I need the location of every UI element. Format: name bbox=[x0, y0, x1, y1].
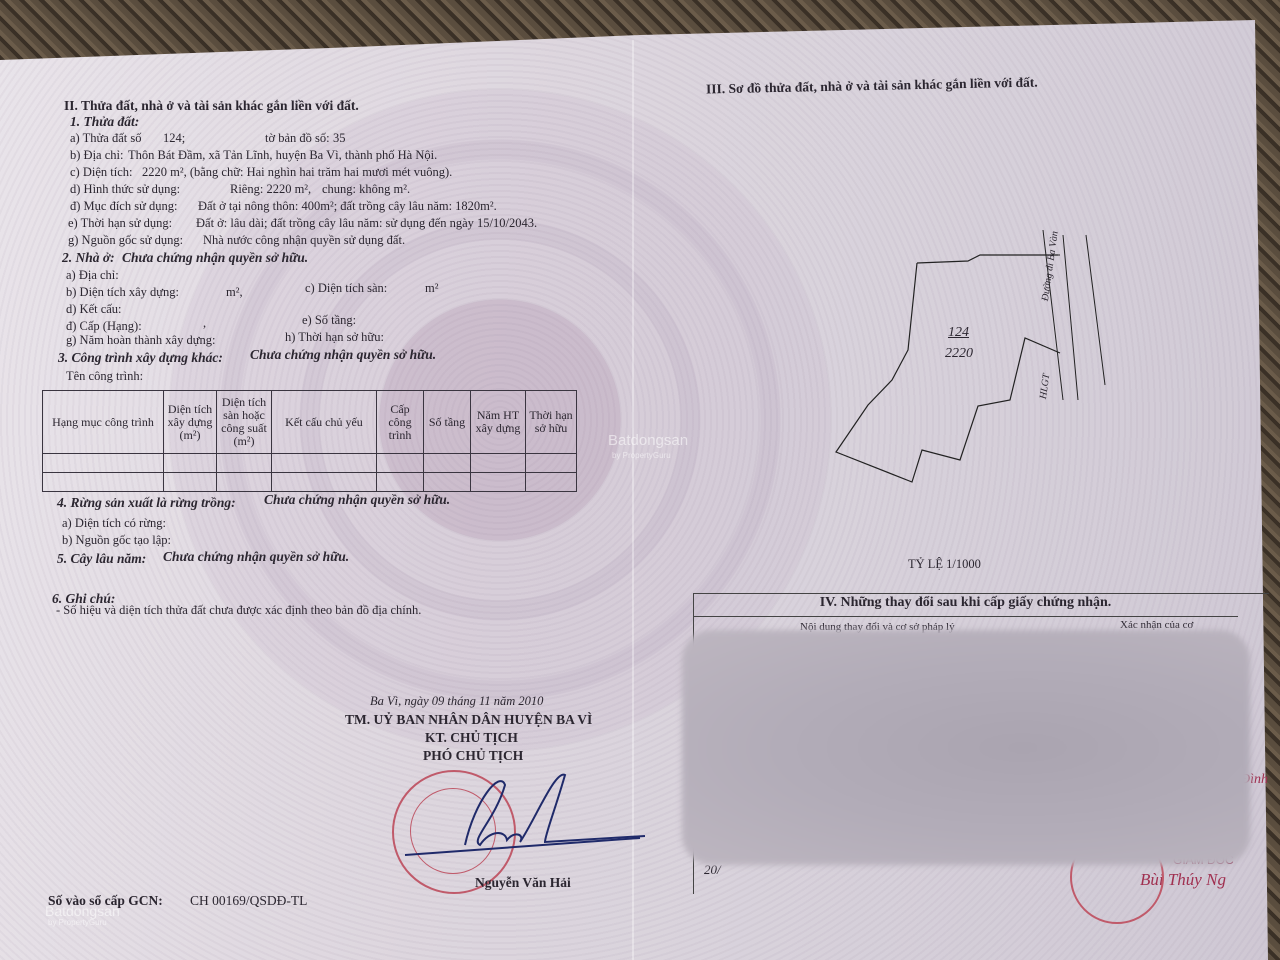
signature-scribble bbox=[395, 760, 645, 870]
land-parcel-value: 124; bbox=[163, 131, 185, 146]
construction-name-label: Tên công trình: bbox=[66, 369, 143, 384]
col-header: Diện tích xây dựng (m²) bbox=[164, 391, 217, 454]
house-ownership-term: h) Thời hạn sở hữu: bbox=[285, 330, 384, 345]
map-sheet-value: 35 bbox=[333, 131, 346, 146]
house-build-area-unit: m², bbox=[226, 285, 243, 300]
house-build-area: b) Diện tích xây dựng: bbox=[66, 285, 179, 300]
area-value: 2220 m², (bằng chữ: Hai nghìn hai trăm h… bbox=[142, 165, 452, 180]
address-value: Thôn Bát Đầm, xã Tản Lĩnh, huyện Ba Vì, … bbox=[128, 148, 437, 163]
area-label: c) Diện tích: bbox=[70, 165, 132, 180]
issue-date: Ba Vì, ngày 09 tháng 11 năm 2010 bbox=[370, 694, 543, 709]
house-floors: e) Số tầng: bbox=[302, 313, 356, 328]
land-title: 1. Thửa đất: bbox=[70, 114, 139, 129]
table-cell bbox=[471, 473, 526, 492]
parcel-area: 2220 bbox=[945, 346, 973, 361]
col-header: Cấp công trình bbox=[377, 391, 424, 454]
house-address: a) Địa chỉ: bbox=[66, 268, 119, 283]
col-header: Số tầng bbox=[424, 391, 471, 454]
origin-value: Nhà nước công nhận quyền sử dụng đất. bbox=[203, 233, 405, 248]
term-label: e) Thời hạn sử dụng: bbox=[68, 216, 172, 231]
purpose-label: đ) Mục đích sử dụng: bbox=[70, 199, 177, 214]
house-floor-area: c) Diện tích sàn: bbox=[305, 281, 387, 296]
table-cell bbox=[526, 473, 577, 492]
signer-role-1: KT. CHỦ TỊCH bbox=[425, 730, 518, 745]
issuing-org: TM. UỶ BAN NHÂN DÂN HUYỆN BA VÌ bbox=[345, 712, 592, 727]
section-4-title: IV. Những thay đổi sau khi cấp giấy chứn… bbox=[693, 595, 1238, 611]
table-cell bbox=[526, 454, 577, 473]
construction-title: 3. Công trình xây dựng khác: bbox=[58, 350, 223, 365]
watermark-sub: by PropertyGuru bbox=[612, 451, 671, 460]
map-scale: TỶ LỆ 1/1000 bbox=[908, 557, 981, 572]
col-header: Kết cấu chủ yếu bbox=[272, 391, 377, 454]
purpose-value: Đất ở tại nông thôn: 400m²; đất trồng câ… bbox=[198, 199, 497, 214]
house-grade: đ) Cấp (Hạng): bbox=[66, 319, 142, 334]
table-cell bbox=[424, 454, 471, 473]
forest-area: a) Diện tích có rừng: bbox=[62, 516, 166, 531]
house-floor-area-unit: m² bbox=[425, 281, 438, 296]
table-header-row: Hạng mục công trình Diện tích xây dựng (… bbox=[43, 391, 577, 454]
changes-table-divider bbox=[693, 616, 1238, 617]
forest-title: 4. Rừng sản xuất là rừng trồng: bbox=[57, 495, 236, 510]
usage-form-label: d) Hình thức sử dụng: bbox=[70, 182, 180, 197]
house-completion-year: g) Năm hoàn thành xây dựng: bbox=[66, 333, 215, 348]
construction-status: Chưa chứng nhận quyền sở hữu. bbox=[250, 347, 436, 362]
house-grade-sep: , bbox=[203, 316, 206, 331]
usage-private: Riêng: 2220 m², bbox=[230, 182, 311, 197]
term-value: Đất ở: lâu dài; đất trồng cây lâu năm: s… bbox=[196, 216, 537, 231]
perennial-title: 5. Cây lâu năm: bbox=[57, 551, 146, 566]
watermark-brand-corner: Batdongsan bbox=[45, 903, 120, 919]
table-cell bbox=[424, 473, 471, 492]
table-cell bbox=[272, 454, 377, 473]
watermark-brand: Batdongsan bbox=[608, 432, 688, 449]
table-cell bbox=[217, 454, 272, 473]
col-header: Hạng mục công trình bbox=[43, 391, 164, 454]
table-row bbox=[43, 454, 577, 473]
parcel-number: 124 bbox=[948, 325, 969, 340]
table-cell bbox=[43, 473, 164, 492]
table-cell bbox=[43, 454, 164, 473]
table-cell bbox=[272, 473, 377, 492]
registry-value: CH 00169/QSDĐ-TL bbox=[190, 893, 307, 908]
notes-text: - Số hiệu và diện tích thửa đất chưa đượ… bbox=[56, 603, 421, 618]
forest-origin: b) Nguồn gốc tạo lập: bbox=[62, 533, 171, 548]
table-cell bbox=[164, 473, 217, 492]
col-header: Năm HT xây dựng bbox=[471, 391, 526, 454]
table-cell bbox=[164, 454, 217, 473]
origin-label: g) Nguồn gốc sử dụng: bbox=[68, 233, 183, 248]
col-header: Diện tích sàn hoặc công suất (m²) bbox=[217, 391, 272, 454]
signer-name: Nguyễn Văn Hải bbox=[475, 875, 571, 890]
map-sheet-label: tờ bản đồ số: bbox=[265, 131, 330, 146]
table-row bbox=[43, 473, 577, 492]
land-parcel-label: a) Thửa đất số bbox=[70, 131, 141, 146]
construction-table: Hạng mục công trình Diện tích xây dựng (… bbox=[42, 390, 577, 492]
section-2-title: II. Thửa đất, nhà ở và tài sản khác gắn … bbox=[64, 98, 359, 113]
perennial-status: Chưa chứng nhận quyền sở hữu. bbox=[163, 549, 349, 564]
usage-common: chung: không m². bbox=[322, 182, 410, 197]
address-label: b) Địa chỉ: bbox=[70, 148, 123, 163]
house-status: Chưa chứng nhận quyền sở hữu. bbox=[122, 250, 308, 265]
table-cell bbox=[217, 473, 272, 492]
table-cell bbox=[377, 454, 424, 473]
house-title: 2. Nhà ở: bbox=[62, 250, 115, 265]
house-structure: d) Kết cấu: bbox=[66, 302, 122, 317]
table-cell bbox=[471, 454, 526, 473]
watermark-sub-corner: by PropertyGuru bbox=[48, 918, 107, 927]
forest-status: Chưa chứng nhận quyền sở hữu. bbox=[264, 492, 450, 507]
redacted-region bbox=[682, 630, 1250, 865]
col-header: Thời hạn sở hữu bbox=[526, 391, 577, 454]
table-cell bbox=[377, 473, 424, 492]
